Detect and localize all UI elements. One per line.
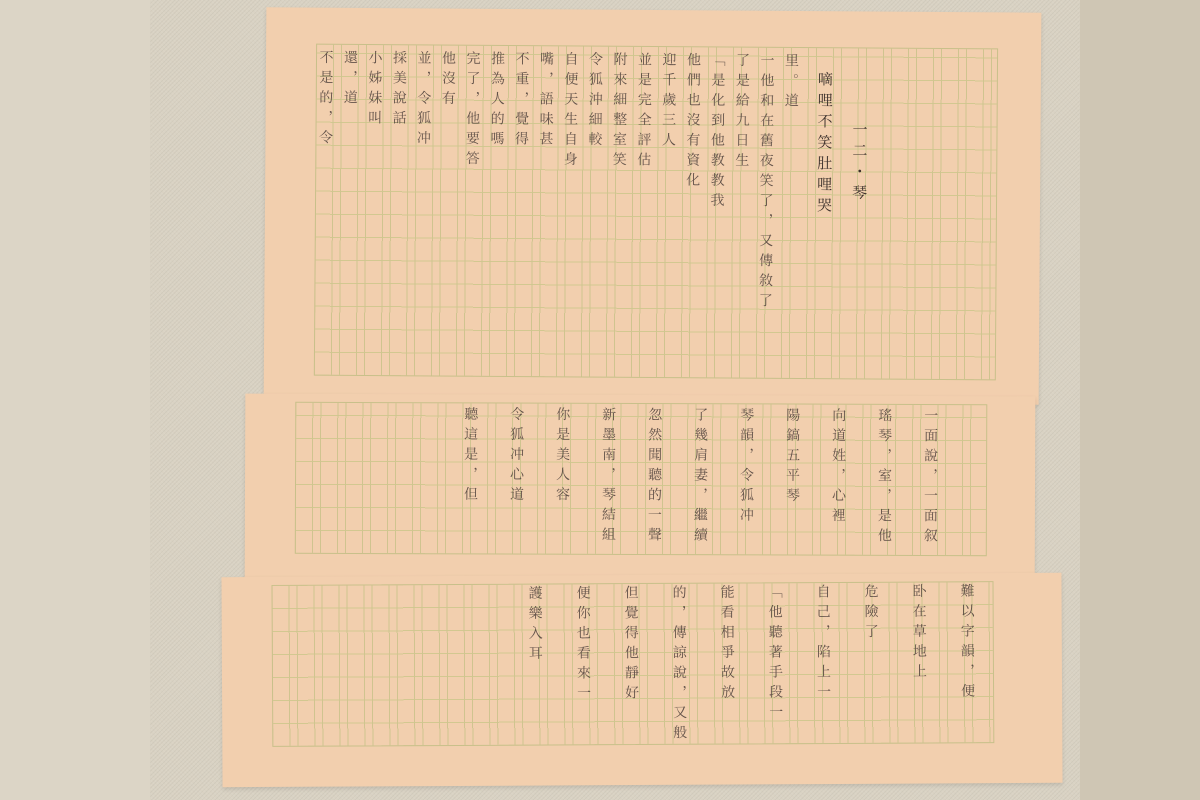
handwritten-column: 並，令狐冲 — [413, 50, 434, 150]
handwritten-column: 新墨南，琴結組 — [598, 407, 618, 547]
handwritten-column: 還，道 — [340, 50, 360, 110]
handwritten-column: 不是的，令 — [315, 50, 336, 150]
handwritten-column: 便你也看來一 — [573, 585, 594, 705]
handwritten-column: 危險了 — [860, 584, 880, 644]
manuscript-sheet-3: 難以字韻，便卧在草地上危險了自己，陷上一「他聽著手段一能看相爭故放的，傳諒說，又… — [221, 573, 1062, 787]
handwritten-column: 里。道 — [781, 53, 801, 113]
handwritten-column: 令狐沖細較 — [584, 52, 605, 152]
handwritten-column: 了幾肩妻，繼續 — [690, 407, 710, 547]
handwritten-column: 瑤琴，室，是他 — [874, 408, 894, 548]
title-line: 嘀哩不笑肚哩哭 — [814, 71, 836, 218]
handwritten-column: 他們也沒有資化 — [682, 52, 703, 192]
handwritten-column: 一他和在舊夜笑了，又傳敘了 — [755, 53, 777, 313]
display-wall-right — [1080, 0, 1200, 800]
handwritten-column: 但覺得他靜好 — [621, 585, 642, 705]
handwritten-column: 迎千歲三人 — [658, 52, 679, 152]
handwritten-column: 自己，陷上一 — [813, 584, 834, 704]
handwritten-column: 忽然聞聽的一聲 — [644, 407, 664, 547]
handwritten-column: 向道姓，心裡 — [828, 408, 848, 528]
handwritten-column: 嘴，語味甚 — [535, 51, 556, 151]
handwritten-column: 了是給九日生 — [731, 53, 752, 173]
handwritten-column: 令狐冲心道 — [506, 407, 526, 507]
handwritten-column: 「他聽著手段一 — [765, 584, 786, 724]
handwritten-column: 採美說話 — [389, 50, 410, 130]
handwritten-column: 附來細整室笑 — [609, 52, 630, 172]
handwritten-column: 不重，覺得 — [511, 51, 532, 151]
handwritten-column: 推為人的嗎 — [486, 51, 507, 151]
handwritten-column: 護樂入耳 — [525, 586, 545, 666]
handwritten-column: 你是美人容 — [552, 407, 572, 507]
handwritten-column: 自便天生自身 — [560, 51, 581, 171]
handwritten-column: 一面說，一面叙 — [920, 408, 940, 548]
handwritten-column: 琴韻，令狐冲 — [736, 407, 756, 527]
handwritten-column: 小姊妹叫 — [364, 50, 385, 130]
manuscript-sheet-1: 一二・琴 嘀哩不笑肚哩哭 里。道一他和在舊夜笑了，又傳敘了了是給九日生「是化到他… — [264, 7, 1042, 404]
handwritten-column: 陽鎬五平琴 — [782, 407, 802, 507]
handwritten-column: 的，傳諒說，又般 — [669, 585, 690, 745]
handwritten-column: 卧在草地上 — [908, 583, 929, 683]
handwritten-column: 完了，他要答 — [462, 51, 483, 171]
handwritten-column: 能看相爭故放 — [717, 585, 738, 705]
handwritten-column: 他沒有 — [438, 50, 458, 110]
handwritten-column: 聽這是，但 — [460, 406, 480, 506]
display-wall-left — [0, 0, 150, 800]
chapter-heading: 一二・琴 — [849, 121, 871, 205]
handwritten-column: 並是完全評估 — [633, 52, 654, 172]
handwritten-column: 難以字韻，便 — [956, 583, 977, 703]
handwritten-column: 「是化到他教教我 — [706, 52, 727, 212]
manuscript-sheet-2: 一面說，一面叙瑤琴，室，是他向道姓，心裡陽鎬五平琴琴韻，令狐冲了幾肩妻，繼續忽然… — [245, 394, 1036, 587]
